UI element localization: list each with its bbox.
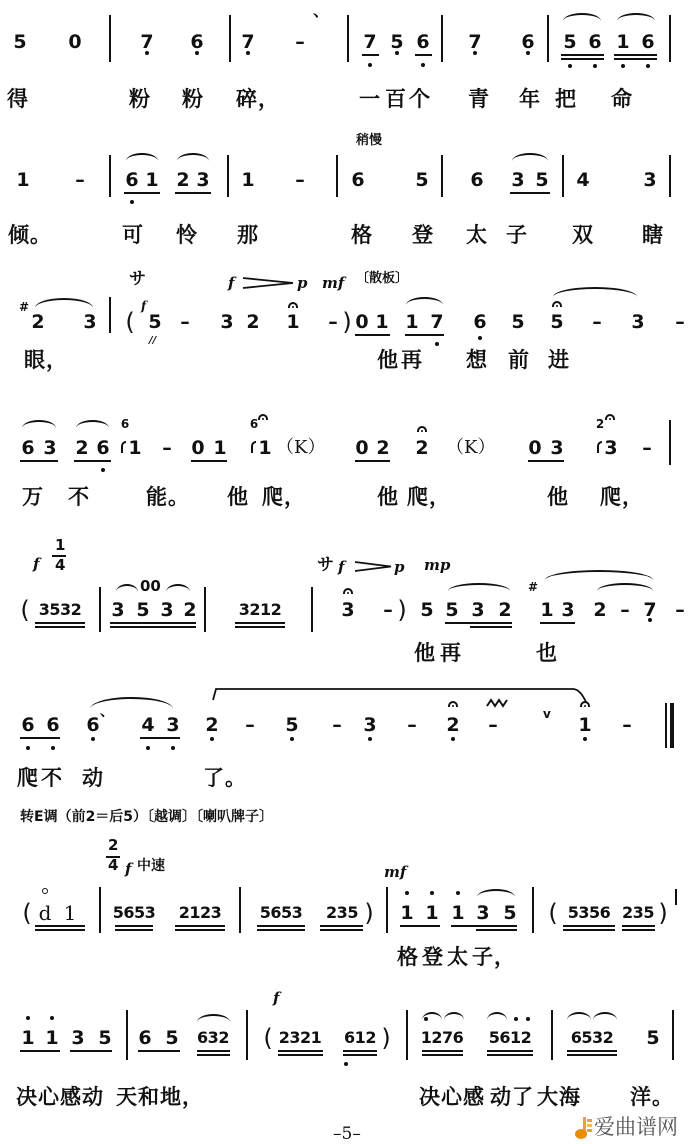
note: 2 (376, 437, 389, 459)
note-dash: – (622, 714, 632, 736)
paren-open: ( (20, 599, 29, 621)
lyric: 那 (237, 223, 259, 247)
lyric: 格 (397, 945, 419, 969)
note-dash: – (295, 31, 305, 53)
grace-hook-icon (597, 441, 602, 453)
note: 3 (471, 599, 484, 621)
note: 5 (503, 902, 516, 924)
note-group: 5653 (260, 902, 303, 924)
note: 2 (246, 311, 259, 333)
underline (175, 925, 225, 927)
slur (512, 153, 548, 161)
grace-hook-icon (121, 441, 126, 453)
note: 1 (400, 902, 413, 924)
note: 1 (16, 169, 29, 191)
note-dash: – (245, 714, 255, 736)
underline (257, 925, 305, 927)
dynamic-f: f (125, 861, 131, 877)
note: 2 (446, 714, 459, 736)
octave-dot-low (593, 64, 597, 68)
note-dash: – (620, 599, 630, 621)
note: 5 (415, 169, 428, 191)
octave-dot-low (130, 200, 134, 204)
note: 1 (45, 1027, 58, 1049)
note: 0 (68, 31, 81, 53)
underline (20, 1050, 60, 1052)
note: 3 (71, 1027, 84, 1049)
note: 2 (498, 599, 511, 621)
lyric: 再 (401, 348, 423, 372)
octave-dot-high (50, 1016, 54, 1020)
underline (110, 626, 196, 628)
music-note-icon (575, 1116, 592, 1140)
note: 6 (21, 714, 34, 736)
lyric: 天和地， (116, 1085, 204, 1109)
fermata-icon (605, 414, 615, 420)
underline (476, 929, 517, 931)
note: 1 (241, 169, 254, 191)
barline (441, 155, 443, 197)
underline (487, 1054, 533, 1056)
note-group: 3532 (39, 599, 82, 621)
note: 1 (21, 1027, 34, 1049)
slur (116, 584, 138, 592)
barline (227, 155, 229, 197)
octave-dot-low (26, 746, 30, 750)
barline (246, 1010, 248, 1060)
tremolo-mark: // (149, 333, 156, 348)
note-group: 5356 (568, 902, 611, 924)
grace-note: 6 (121, 418, 129, 430)
lyric: 进 (548, 348, 570, 372)
octave-dot-high (514, 1017, 518, 1021)
slur (76, 420, 109, 428)
section-label: 〔散板〕 (356, 271, 408, 286)
underline (343, 1050, 377, 1052)
note: 3 (604, 437, 617, 459)
lyric: 格 (351, 223, 373, 247)
note: 5 (420, 599, 433, 621)
slur (90, 697, 173, 709)
note-dash: – (488, 714, 498, 736)
note: 1 (145, 169, 158, 191)
underline (563, 925, 615, 927)
decrescendo-hairpin (243, 277, 293, 289)
barline (109, 155, 111, 197)
note-dash: – (295, 169, 305, 191)
slur (444, 1012, 464, 1020)
underline (400, 925, 440, 927)
underline (445, 622, 512, 624)
octave-dot-low (473, 51, 477, 55)
lyric: 爬， (407, 485, 451, 509)
note: 4 (141, 714, 154, 736)
octave-dot-low (146, 746, 150, 750)
barline (441, 15, 443, 62)
fermata-icon (417, 426, 427, 432)
paren-close: ) (381, 1027, 390, 1049)
barline (532, 887, 534, 933)
lyric: 百 (385, 87, 407, 111)
note: 7 (363, 31, 376, 53)
barline (347, 15, 349, 62)
note-group: 612 (344, 1027, 376, 1049)
octave-dot-high (26, 1016, 30, 1020)
lyric: 爬， (262, 485, 306, 509)
barline (99, 887, 101, 933)
octave-dot-high (456, 891, 460, 895)
note: 6 (416, 31, 429, 53)
barline-short (675, 889, 677, 905)
lyric: 能。 (146, 485, 190, 509)
lyric: 他 (414, 641, 436, 665)
slur (448, 583, 510, 591)
lyric: 倾。 (8, 223, 52, 247)
note-dash: – (383, 599, 393, 621)
note-dash: – (180, 311, 190, 333)
dynamic-p: p (297, 275, 308, 291)
note: 1 (258, 437, 271, 459)
barline (239, 887, 241, 933)
lyric: 也 (536, 641, 558, 665)
note-group: 6532 (571, 1027, 614, 1049)
lyric: 可 (122, 223, 144, 247)
underline (355, 460, 390, 462)
note-group: 5653 (113, 902, 156, 924)
note-dash: – (332, 714, 342, 736)
octave-dot-high (526, 1017, 530, 1021)
note-dash: – (675, 311, 685, 333)
breath-mark: v (543, 707, 551, 722)
underline (470, 626, 512, 628)
barline (562, 155, 564, 197)
barline (109, 15, 111, 62)
underline (362, 54, 379, 56)
slur (597, 583, 653, 591)
underline (235, 626, 285, 628)
underline (614, 58, 657, 60)
underline (487, 1050, 533, 1052)
slur (35, 298, 93, 308)
underline (115, 929, 153, 931)
lyric: 把 (555, 87, 577, 111)
note: 1 (425, 902, 438, 924)
barline (229, 15, 231, 62)
note: 1 (405, 311, 418, 333)
lyric: 不 (41, 766, 63, 790)
underline (278, 1050, 323, 1052)
slur (422, 1012, 442, 1020)
lyric: 万 (22, 485, 44, 509)
note: 3 (631, 311, 644, 333)
note: 3 (550, 437, 563, 459)
note: 3 (160, 599, 173, 621)
lyric: 不 (68, 485, 90, 509)
octave-dot-low (621, 64, 625, 68)
underline (567, 1054, 617, 1056)
tempo-marking: 中速 (137, 859, 165, 874)
underline (561, 54, 604, 56)
underline (355, 334, 390, 336)
underline (35, 622, 85, 624)
octave-dot-low (568, 64, 572, 68)
note: 6 (190, 31, 203, 53)
lyric: 子 (506, 223, 528, 247)
lyric: 登 (412, 223, 434, 247)
octave-dot-low (526, 51, 530, 55)
underline (510, 192, 550, 194)
note: 5 (13, 31, 26, 53)
grace-note: 6 (250, 418, 258, 430)
underline (197, 1054, 230, 1056)
note: 3 (83, 311, 96, 333)
note: 3 (166, 714, 179, 736)
fermata-icon (288, 302, 298, 308)
barline (204, 587, 206, 632)
note: 5 (511, 311, 524, 333)
note: 6 (96, 437, 109, 459)
lyric: 大海 (537, 1085, 581, 1109)
underline (74, 460, 111, 462)
note: 6 (473, 311, 486, 333)
underline (528, 460, 564, 462)
underline (540, 622, 575, 624)
note: 5 (165, 1027, 178, 1049)
note-group: 2123 (179, 902, 222, 924)
note: 3 (341, 599, 354, 621)
underline (138, 1050, 180, 1052)
fermata-icon (580, 701, 590, 707)
note: d (39, 902, 52, 924)
underline (415, 54, 432, 56)
lyric: 眼， (24, 348, 68, 372)
note-group: 3212 (239, 599, 282, 621)
lyric: 太 (447, 945, 469, 969)
slur (126, 153, 158, 161)
rest-label: 00 (140, 578, 161, 594)
octave-dot-high (430, 891, 434, 895)
note: 3 (43, 437, 56, 459)
note: 2 (415, 437, 428, 459)
note: 6 (46, 714, 59, 736)
note: 1 (616, 31, 629, 53)
paren-close: ) (658, 902, 667, 924)
sharp-sign: # (19, 300, 29, 315)
note: 0 (191, 437, 204, 459)
lyric: 动 (82, 766, 104, 790)
dynamic-f: f (33, 556, 39, 572)
percussion-cue: （K） (276, 437, 325, 459)
octave-dot-low (451, 737, 455, 741)
note-group: 5612 (489, 1027, 532, 1049)
octave-dot-low (421, 63, 425, 67)
note: 5 (390, 31, 403, 53)
lyric: 青 (468, 87, 490, 111)
page-number: –5– (333, 1124, 361, 1144)
dynamic-f: f (273, 990, 279, 1006)
underline (175, 192, 211, 194)
barline (669, 15, 671, 62)
slur (553, 287, 637, 297)
slur (177, 153, 209, 161)
note: 4 (576, 169, 589, 191)
underline (35, 929, 85, 931)
lyric: 他 (227, 485, 249, 509)
dynamic-mp: mp (424, 557, 450, 573)
lyric: 太 (466, 223, 488, 247)
lyric: 他 (377, 348, 399, 372)
dynamic-p: p (394, 559, 405, 575)
note: 5 (136, 599, 149, 621)
grace-note: 2 (596, 418, 604, 430)
sharp-sign: # (528, 580, 538, 595)
note: 1 (375, 311, 388, 333)
lyric: 碎， (236, 87, 280, 111)
note-dash: – (328, 311, 338, 333)
paren-close: ) (342, 311, 351, 333)
note-group: 1276 (421, 1027, 464, 1049)
note: 3 (643, 169, 656, 191)
barline (669, 420, 671, 465)
note: 5 (445, 599, 458, 621)
underline (175, 929, 225, 931)
note: 5 (148, 311, 161, 333)
octave-dot-low (171, 746, 175, 750)
lyric: 决心感动 (16, 1085, 104, 1109)
lyric: 动了 (490, 1085, 534, 1109)
slur (166, 584, 190, 592)
paren-close: ) (397, 599, 406, 621)
lyric: 了。 (203, 766, 247, 790)
underline (124, 192, 160, 194)
note: 5 (550, 311, 563, 333)
lyric: 命 (611, 87, 633, 111)
note-dash: – (407, 714, 417, 736)
barline (669, 155, 671, 197)
barline (311, 587, 313, 632)
dynamic-f: f (228, 275, 234, 291)
lyric: 瞎 (642, 223, 664, 247)
lyric: 得 (7, 87, 29, 111)
underline (191, 460, 227, 462)
note: 1 (578, 714, 591, 736)
note: 5 (98, 1027, 111, 1049)
octave-dot-low (91, 737, 95, 741)
note: 7 (140, 31, 153, 53)
lyric: 决心感 (419, 1085, 485, 1109)
octave-dot-low (246, 51, 250, 55)
key-change-text: 转E调（前2＝后5）〔越调〕〔喇叭牌子〕 (20, 809, 273, 826)
meter-top: 1 (55, 538, 65, 553)
underline (257, 929, 305, 931)
underline (561, 58, 604, 60)
barline (99, 587, 101, 632)
note: 7 (430, 311, 443, 333)
note: 1 (286, 311, 299, 333)
note: 6 (125, 169, 138, 191)
note: 6 (470, 169, 483, 191)
lyric: 双 (572, 223, 594, 247)
octave-dot-low (646, 64, 650, 68)
meter-bottom: 4 (108, 858, 118, 873)
underline (567, 1050, 617, 1052)
note: 5 (285, 714, 298, 736)
paren-open: ( (22, 902, 31, 924)
octave-dot-low (101, 468, 105, 472)
note: 1 (64, 902, 77, 924)
note: 2 (31, 311, 44, 333)
barline (109, 297, 111, 333)
underline (320, 925, 363, 927)
slur (593, 1012, 617, 1020)
note: 7 (241, 31, 254, 53)
note: 6 (21, 437, 34, 459)
slur (487, 1012, 507, 1020)
underline (422, 1050, 463, 1052)
note: 5 (535, 169, 548, 191)
note: 3 (111, 599, 124, 621)
barline (551, 1010, 553, 1060)
note-dash: – (75, 169, 85, 191)
final-barline (665, 703, 667, 748)
slur (477, 889, 515, 897)
free-meter-mark: サ (317, 556, 334, 574)
lyric: 爬， (600, 485, 644, 509)
note: 5 (646, 1027, 659, 1049)
fermata-icon (343, 588, 353, 594)
slur (22, 420, 56, 428)
underline (20, 460, 58, 462)
note: 2 (75, 437, 88, 459)
fermata-icon (258, 414, 268, 420)
paren-open: ( (263, 1027, 272, 1049)
note: 6 (138, 1027, 151, 1049)
note-group: 235 (622, 902, 654, 924)
lyric: 粉 (129, 87, 151, 111)
slur (197, 1014, 230, 1022)
meter-top: 2 (108, 838, 118, 853)
lyric: 他 (377, 485, 399, 509)
note: 3 (476, 902, 489, 924)
note: 5 (563, 31, 576, 53)
octave-dot-low (344, 1062, 348, 1066)
barline (336, 155, 338, 197)
slur (617, 13, 655, 21)
lyric: 他 (547, 485, 569, 509)
underline (343, 1054, 377, 1056)
underline (115, 925, 153, 927)
barline (386, 887, 388, 933)
lyric: 洋。 (630, 1085, 674, 1109)
underline (140, 737, 180, 739)
octave-dot-low (648, 618, 652, 622)
underline (422, 1054, 463, 1056)
note-dash: – (675, 599, 685, 621)
dynamic-f: f (338, 559, 344, 575)
dynamic-mf: mf (384, 864, 406, 880)
tempo-marking: 稍慢 (356, 133, 382, 148)
slur (567, 1012, 591, 1020)
barline (406, 1010, 408, 1060)
barline (547, 15, 549, 62)
final-barline (670, 703, 674, 748)
underline (35, 626, 85, 628)
octave-dot-low (145, 51, 149, 55)
note: 6 (86, 714, 99, 736)
paren-close: ) (364, 902, 373, 924)
note: 7 (468, 31, 481, 53)
barline (672, 1010, 674, 1060)
